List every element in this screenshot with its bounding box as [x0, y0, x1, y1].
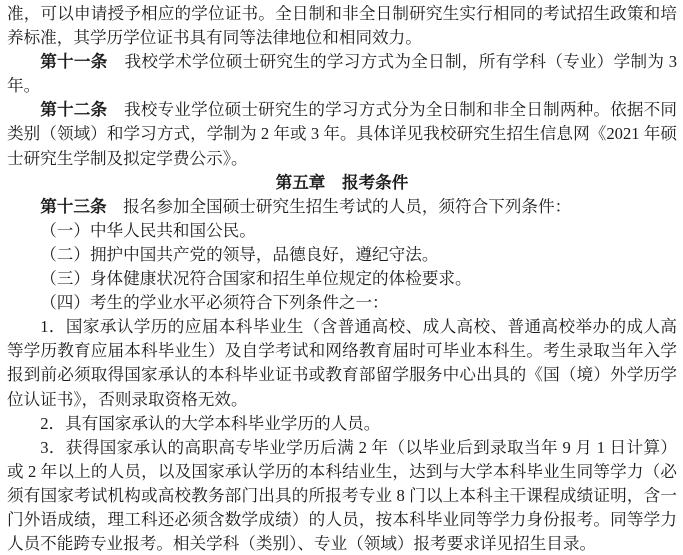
article-12-paragraph-text: 我校专业学位硕士研究生的学习方式分为全日制和非全日制两种。依据不同类别（领域）和… — [7, 100, 677, 167]
condition-item-3: （三）身体健康状况符合国家和招生单位规定的体检要求。 — [7, 267, 677, 291]
article-11-paragraph: 第十一条 我校学术学位硕士研究生的学习方式为全日制，所有学科（专业）学制为 3 … — [7, 50, 677, 98]
chapter-5-heading: 第五章 报考条件 — [7, 171, 677, 195]
condition-item-1: （一）中华人民共和国公民。 — [7, 219, 677, 243]
condition-item-4: （四）考生的学业水平必须符合下列条件之一： — [7, 291, 677, 315]
article-11-paragraph-bold-term: 第十一条 — [40, 52, 107, 71]
academic-level-item-3: 3．获得国家承认的高职高专毕业学历后满 2 年（以毕业后到录取当年 9 月 1 … — [7, 436, 677, 555]
condition-item-1-text: （一）中华人民共和国公民。 — [40, 221, 256, 240]
academic-level-item-3-text: 3．获得国家承认的高职高专毕业学历后满 2 年（以毕业后到录取当年 9 月 1 … — [7, 438, 677, 553]
article-13-paragraph: 第十三条 报名参加全国硕士研究生招生考试的人员，须符合下列条件： — [7, 195, 677, 219]
continuation-paragraph-text: 准，可以申请授予相应的学位证书。全日制和非全日制研究生实行相同的考试招生政策和培… — [7, 4, 677, 47]
condition-item-3-text: （三）身体健康状况符合国家和招生单位规定的体检要求。 — [40, 269, 471, 288]
academic-level-item-2-text: 2．具有国家承认的大学本科毕业学历的人员。 — [40, 414, 380, 433]
academic-level-item-2: 2．具有国家承认的大学本科毕业学历的人员。 — [7, 412, 677, 436]
chapter-5-heading-bold-term: 第五章 报考条件 — [276, 173, 409, 192]
academic-level-item-1: 1．国家承认学历的应届本科毕业生（含普通高校、成人高校、普通高校举办的成人高等学… — [7, 315, 677, 411]
article-12-paragraph: 第十二条 我校专业学位硕士研究生的学习方式分为全日制和非全日制两种。依据不同类别… — [7, 98, 677, 170]
article-11-paragraph-text: 我校学术学位硕士研究生的学习方式为全日制，所有学科（专业）学制为 3 年。 — [7, 52, 677, 95]
condition-item-4-text: （四）考生的学业水平必须符合下列条件之一： — [40, 293, 388, 312]
document-page: 准，可以申请授予相应的学位证书。全日制和非全日制研究生实行相同的考试招生政策和培… — [0, 0, 683, 555]
article-12-paragraph-bold-term: 第十二条 — [40, 100, 107, 119]
article-13-paragraph-bold-term: 第十三条 — [40, 197, 106, 216]
article-13-paragraph-text: 报名参加全国硕士研究生招生考试的人员，须符合下列条件： — [107, 197, 572, 216]
condition-item-2-text: （二）拥护中国共产党的领导，品德良好，遵纪守法。 — [40, 245, 438, 264]
academic-level-item-1-text: 1．国家承认学历的应届本科毕业生（含普通高校、成人高校、普通高校举办的成人高等学… — [7, 317, 677, 408]
continuation-paragraph: 准，可以申请授予相应的学位证书。全日制和非全日制研究生实行相同的考试招生政策和培… — [7, 2, 677, 50]
condition-item-2: （二）拥护中国共产党的领导，品德良好，遵纪守法。 — [7, 243, 677, 267]
